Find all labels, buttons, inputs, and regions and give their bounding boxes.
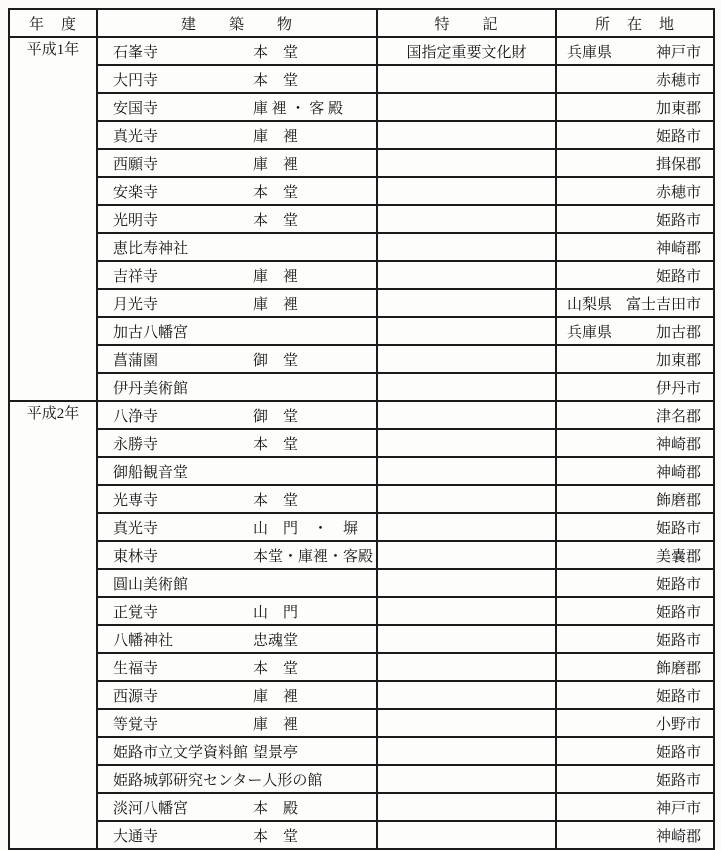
location-cell: 姫路市: [556, 625, 714, 653]
city: 姫路市: [656, 269, 701, 285]
building-structure: 庫 裡: [253, 717, 298, 733]
note-cell: [377, 457, 556, 485]
scanned-document-page: 年 度 建 築 物 特 記 所 在 地 平成1年 石峯寺本 堂 国指定重要文化財…: [8, 8, 715, 800]
city: 揖保郡: [656, 157, 701, 173]
city: 飾磨郡: [656, 661, 701, 677]
building-name: 姫路城郭研究センター人形の館: [113, 769, 322, 790]
table-row: 八幡神社忠魂堂 姫路市: [9, 625, 714, 653]
table-row: 加古八幡宮 兵庫県加古郡: [9, 317, 714, 345]
building-name: 石峯寺: [113, 41, 253, 62]
prefecture: 兵庫県: [567, 41, 612, 62]
building-name: 月光寺: [113, 293, 253, 314]
note-cell: [377, 401, 556, 429]
note-cell: [377, 65, 556, 93]
building-name: 加古八幡宮: [113, 321, 253, 342]
building-name: 東林寺: [113, 545, 253, 566]
year-cell: 平成1年: [9, 37, 97, 401]
note-cell: [377, 653, 556, 681]
note-cell: [377, 317, 556, 345]
table-row: 平成1年 石峯寺本 堂 国指定重要文化財 兵庫県神戸市: [9, 37, 714, 65]
building-structure: 本堂・庫裡・客殿: [253, 549, 373, 565]
city: 神崎郡: [656, 437, 701, 453]
city: 姫路市: [656, 745, 701, 761]
building-structure: 庫 裡: [253, 269, 298, 285]
location-cell: 姫路市: [556, 261, 714, 289]
building-name: 光専寺: [113, 489, 253, 510]
note-cell: [377, 625, 556, 653]
building-structure: 本 堂: [253, 493, 298, 509]
note-cell: [377, 737, 556, 765]
city: 姫路市: [656, 213, 701, 229]
location-cell: 加東郡: [556, 345, 714, 373]
table-left-border-stub: [8, 788, 10, 800]
city: 姫路市: [656, 577, 701, 593]
building-name: 八幡神社: [113, 629, 253, 650]
building-structure: 山 門 ・ 塀: [253, 521, 358, 537]
building-cell: 石峯寺本 堂: [97, 37, 377, 65]
building-name: 西願寺: [113, 153, 253, 174]
location-cell: 姫路市: [556, 681, 714, 709]
building-name: 正覚寺: [113, 601, 253, 622]
building-cell: 姫路城郭研究センター人形の館: [97, 765, 377, 793]
building-cell: 等覚寺庫 裡: [97, 709, 377, 737]
location-cell: 赤穂市: [556, 177, 714, 205]
city: 姫路市: [656, 521, 701, 537]
building-structure: 庫 裡: [253, 157, 298, 173]
note-cell: [377, 513, 556, 541]
note-cell: [377, 177, 556, 205]
note-cell: [377, 289, 556, 317]
table-row: 大円寺本 堂 赤穂市: [9, 65, 714, 93]
city: 富士吉田市: [626, 297, 701, 313]
note-cell: 国指定重要文化財: [377, 37, 556, 65]
building-cell: 菖蒲園御 堂: [97, 345, 377, 373]
location-cell: 伊丹市: [556, 373, 714, 401]
table-row: 圓山美術館 姫路市: [9, 569, 714, 597]
table-row: 生福寺本 堂 飾磨郡: [9, 653, 714, 681]
building-name: 安国寺: [113, 97, 253, 118]
table-row: 等覚寺庫 裡 小野市: [9, 709, 714, 737]
table-row: 西源寺庫 裡 姫路市: [9, 681, 714, 709]
city: 姫路市: [656, 689, 701, 705]
location-cell: 神崎郡: [556, 429, 714, 457]
city: 飾磨郡: [656, 493, 701, 509]
note-cell: [377, 261, 556, 289]
building-structure: 本 堂: [253, 437, 298, 453]
location-cell: 兵庫県加古郡: [556, 317, 714, 345]
city: 神崎郡: [656, 241, 701, 257]
city: 姫路市: [656, 773, 701, 789]
table-row: 真光寺庫 裡 姫路市: [9, 121, 714, 149]
table-row: 真光寺山 門 ・ 塀 姫路市: [9, 513, 714, 541]
city: 姫路市: [656, 129, 701, 145]
col-header-building: 建 築 物: [97, 9, 377, 37]
building-structure: 庫 裡: [253, 297, 298, 313]
building-structure: 庫 裡: [253, 129, 298, 145]
note-cell: [377, 205, 556, 233]
note-cell: [377, 233, 556, 261]
building-structure: 本 堂: [253, 73, 298, 89]
location-cell: 山梨県富士吉田市: [556, 289, 714, 317]
building-name: 淡河八幡宮: [113, 797, 253, 801]
note-cell: [377, 429, 556, 457]
city: 赤穂市: [656, 185, 701, 201]
building-registry-table: 年 度 建 築 物 特 記 所 在 地 平成1年 石峯寺本 堂 国指定重要文化財…: [8, 8, 715, 800]
note-cell: [377, 597, 556, 625]
city: 津名郡: [656, 409, 701, 425]
building-cell: 真光寺庫 裡: [97, 121, 377, 149]
table-row: 光専寺本 堂 飾磨郡: [9, 485, 714, 513]
table-row: 安国寺庫 裡 ・ 客 殿 加東郡: [9, 93, 714, 121]
col-header-location: 所 在 地: [556, 9, 714, 37]
building-structure: 御 堂: [253, 409, 298, 425]
note-cell: [377, 345, 556, 373]
building-cell: 永勝寺本 堂: [97, 429, 377, 457]
location-cell: 揖保郡: [556, 149, 714, 177]
building-cell: 御船観音堂: [97, 457, 377, 485]
table-row: 光明寺本 堂 姫路市: [9, 205, 714, 233]
location-cell: 飾磨郡: [556, 485, 714, 513]
building-name: 姫路市立文学資料館: [113, 741, 253, 762]
table-row: 菖蒲園御 堂 加東郡: [9, 345, 714, 373]
building-cell: 八幡神社忠魂堂: [97, 625, 377, 653]
location-cell: 姫路市: [556, 569, 714, 597]
note-cell: [377, 681, 556, 709]
location-cell: 神崎郡: [556, 457, 714, 485]
city: 加東郡: [656, 353, 701, 369]
prefecture: 兵庫県: [567, 321, 612, 342]
building-structure: 山 門: [253, 605, 298, 621]
building-cell: 恵比寿神社: [97, 233, 377, 261]
col-header-year: 年 度: [9, 9, 97, 37]
note-cell: [377, 373, 556, 401]
building-cell: 姫路市立文学資料館望景亭: [97, 737, 377, 765]
city: 神崎郡: [656, 465, 701, 481]
building-structure: 本 堂: [253, 45, 298, 61]
building-name: 等覚寺: [113, 713, 253, 734]
building-name: 圓山美術館: [113, 573, 253, 594]
building-name: 真光寺: [113, 517, 253, 538]
building-cell: 正覚寺山 門: [97, 597, 377, 625]
building-cell: 淡河八幡宮本 殿: [97, 793, 377, 800]
building-name: 西源寺: [113, 685, 253, 706]
building-name: 大円寺: [113, 69, 253, 90]
table-row: 姫路城郭研究センター人形の館 姫路市: [9, 765, 714, 793]
building-cell: 西源寺庫 裡: [97, 681, 377, 709]
building-cell: 加古八幡宮: [97, 317, 377, 345]
building-structure: 忠魂堂: [253, 633, 298, 649]
note-cell: [377, 93, 556, 121]
note-cell: [377, 121, 556, 149]
table-row: 伊丹美術館 伊丹市: [9, 373, 714, 401]
building-structure: 庫 裡 ・ 客 殿: [253, 101, 343, 117]
building-cell: 安楽寺本 堂: [97, 177, 377, 205]
building-structure: 望景亭: [253, 745, 298, 761]
location-cell: 姫路市: [556, 597, 714, 625]
building-cell: 光専寺本 堂: [97, 485, 377, 513]
location-cell: 津名郡: [556, 401, 714, 429]
building-name: 真光寺: [113, 125, 253, 146]
location-cell: 兵庫県神戸市: [556, 37, 714, 65]
location-cell: 姫路市: [556, 765, 714, 793]
table-row: 御船観音堂 神崎郡: [9, 457, 714, 485]
building-cell: 生福寺本 堂: [97, 653, 377, 681]
building-name: 生福寺: [113, 657, 253, 678]
city: 伊丹市: [656, 381, 701, 397]
building-structure: 本 堂: [253, 661, 298, 677]
note-cell: [377, 149, 556, 177]
table-row: 安楽寺本 堂 赤穂市: [9, 177, 714, 205]
building-cell: 月光寺庫 裡: [97, 289, 377, 317]
location-cell: 小野市: [556, 709, 714, 737]
building-name: 伊丹美術館: [113, 377, 253, 398]
building-cell: 圓山美術館: [97, 569, 377, 597]
city: 赤穂市: [656, 73, 701, 89]
building-cell: 大円寺本 堂: [97, 65, 377, 93]
table-row: 月光寺庫 裡 山梨県富士吉田市: [9, 289, 714, 317]
city: 加東郡: [656, 101, 701, 117]
table-row: 東林寺本堂・庫裡・客殿 美嚢郡: [9, 541, 714, 569]
building-cell: 真光寺山 門 ・ 塀: [97, 513, 377, 541]
building-structure: 本 堂: [253, 213, 298, 229]
note-cell: [377, 709, 556, 737]
building-cell: 吉祥寺庫 裡: [97, 261, 377, 289]
table-row: 平成2年 八浄寺御 堂 津名郡: [9, 401, 714, 429]
location-cell: 赤穂市: [556, 65, 714, 93]
building-structure: 庫 裡: [253, 689, 298, 705]
location-cell: 神崎郡: [556, 233, 714, 261]
note-cell: [377, 485, 556, 513]
note-cell: [377, 569, 556, 597]
building-name: 菖蒲園: [113, 349, 253, 370]
table-row: 正覚寺山 門 姫路市: [9, 597, 714, 625]
table-row: 姫路市立文学資料館望景亭 姫路市: [9, 737, 714, 765]
building-cell: 八浄寺御 堂: [97, 401, 377, 429]
location-cell: 美嚢郡: [556, 541, 714, 569]
table-row: 永勝寺本 堂 神崎郡: [9, 429, 714, 457]
table-row: 吉祥寺庫 裡 姫路市: [9, 261, 714, 289]
city: 神戸市: [656, 45, 701, 61]
location-cell: 飾磨郡: [556, 653, 714, 681]
col-header-note: 特 記: [377, 9, 556, 37]
location-cell: 姫路市: [556, 121, 714, 149]
building-name: 御船観音堂: [113, 461, 253, 482]
building-cell: 光明寺本 堂: [97, 205, 377, 233]
building-name: 安楽寺: [113, 181, 253, 202]
location-cell: 神戸市: [556, 793, 714, 800]
table-row: 恵比寿神社 神崎郡: [9, 233, 714, 261]
building-cell: 伊丹美術館: [97, 373, 377, 401]
location-cell: 加東郡: [556, 93, 714, 121]
note-cell: [377, 793, 556, 800]
city: 姫路市: [656, 633, 701, 649]
building-structure: 本 堂: [253, 185, 298, 201]
building-name: 吉祥寺: [113, 265, 253, 286]
building-cell: 東林寺本堂・庫裡・客殿: [97, 541, 377, 569]
year-cell: 平成2年: [9, 401, 97, 800]
building-structure: 御 堂: [253, 353, 298, 369]
building-cell: 西願寺庫 裡: [97, 149, 377, 177]
table-row: 西願寺庫 裡 揖保郡: [9, 149, 714, 177]
location-cell: 姫路市: [556, 513, 714, 541]
header-row: 年 度 建 築 物 特 記 所 在 地: [9, 9, 714, 37]
location-cell: 姫路市: [556, 737, 714, 765]
building-name: 光明寺: [113, 209, 253, 230]
city: 小野市: [656, 717, 701, 733]
note-cell: [377, 765, 556, 793]
city: 加古郡: [656, 325, 701, 341]
table-row: 淡河八幡宮本 殿 神戸市: [9, 793, 714, 800]
note-cell: [377, 541, 556, 569]
prefecture: 山梨県: [567, 293, 612, 314]
city: 美嚢郡: [656, 549, 701, 565]
building-name: 恵比寿神社: [113, 237, 253, 258]
building-name: 永勝寺: [113, 433, 253, 454]
location-cell: 姫路市: [556, 205, 714, 233]
city: 姫路市: [656, 605, 701, 621]
building-name: 八浄寺: [113, 405, 253, 426]
building-cell: 安国寺庫 裡 ・ 客 殿: [97, 93, 377, 121]
